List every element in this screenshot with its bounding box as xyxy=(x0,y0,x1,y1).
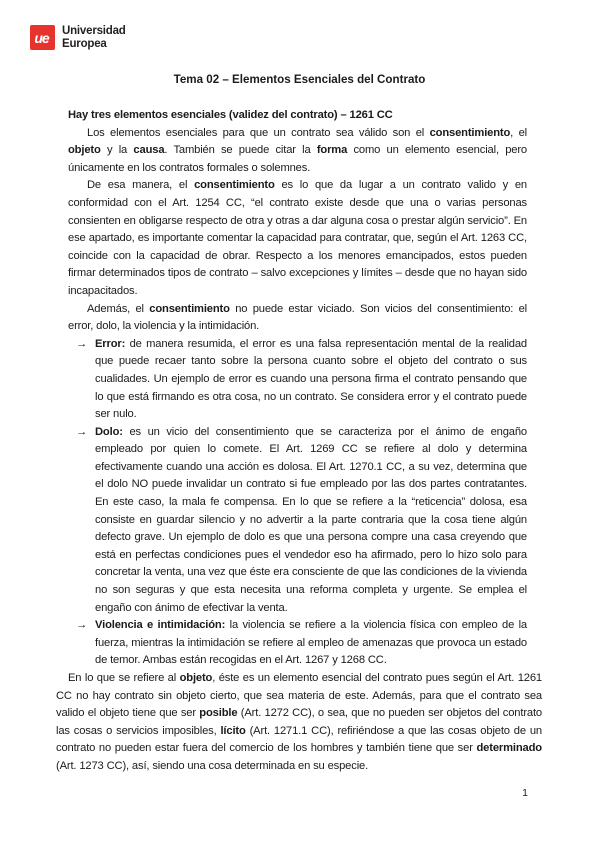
bullet-item: →Error: de manera resumida, el error es … xyxy=(68,336,527,424)
section-heading: Hay tres elementos esenciales (validez d… xyxy=(68,107,527,125)
university-name: Universidad Europea xyxy=(62,25,126,51)
paragraph: Además, el consentimiento no puede estar… xyxy=(68,301,527,336)
document-body: Hay tres elementos esenciales (validez d… xyxy=(68,107,527,776)
paragraph: Los elementos esenciales para que un con… xyxy=(68,125,527,178)
bullet-text: Dolo: es un vicio del consentimiento que… xyxy=(95,426,527,614)
bullet-text: Error: de manera resumida, el error es u… xyxy=(95,338,527,420)
bullet-item: →Violencia e intimidación: la violencia … xyxy=(68,617,527,670)
paragraph: De esa manera, el consentimiento es lo q… xyxy=(68,177,527,300)
ue-monogram: ue xyxy=(34,30,48,46)
bullet-text: Violencia e intimidación: la violencia s… xyxy=(95,619,527,666)
ue-logo-icon: ue xyxy=(30,25,55,50)
bullet-item: →Dolo: es un vicio del consentimiento qu… xyxy=(68,424,527,618)
arrow-bullet-icon: → xyxy=(76,617,87,635)
university-name-line1: Universidad xyxy=(62,25,126,38)
paragraph: En lo que se refiere al objeto, éste es … xyxy=(56,670,542,776)
document-title: Tema 02 – Elementos Esenciales del Contr… xyxy=(0,73,599,86)
arrow-bullet-icon: → xyxy=(76,424,87,442)
arrow-bullet-icon: → xyxy=(76,336,87,354)
university-logo: ue Universidad Europea xyxy=(30,25,126,51)
university-name-line2: Europea xyxy=(62,38,126,51)
page-number: 1 xyxy=(522,787,528,799)
